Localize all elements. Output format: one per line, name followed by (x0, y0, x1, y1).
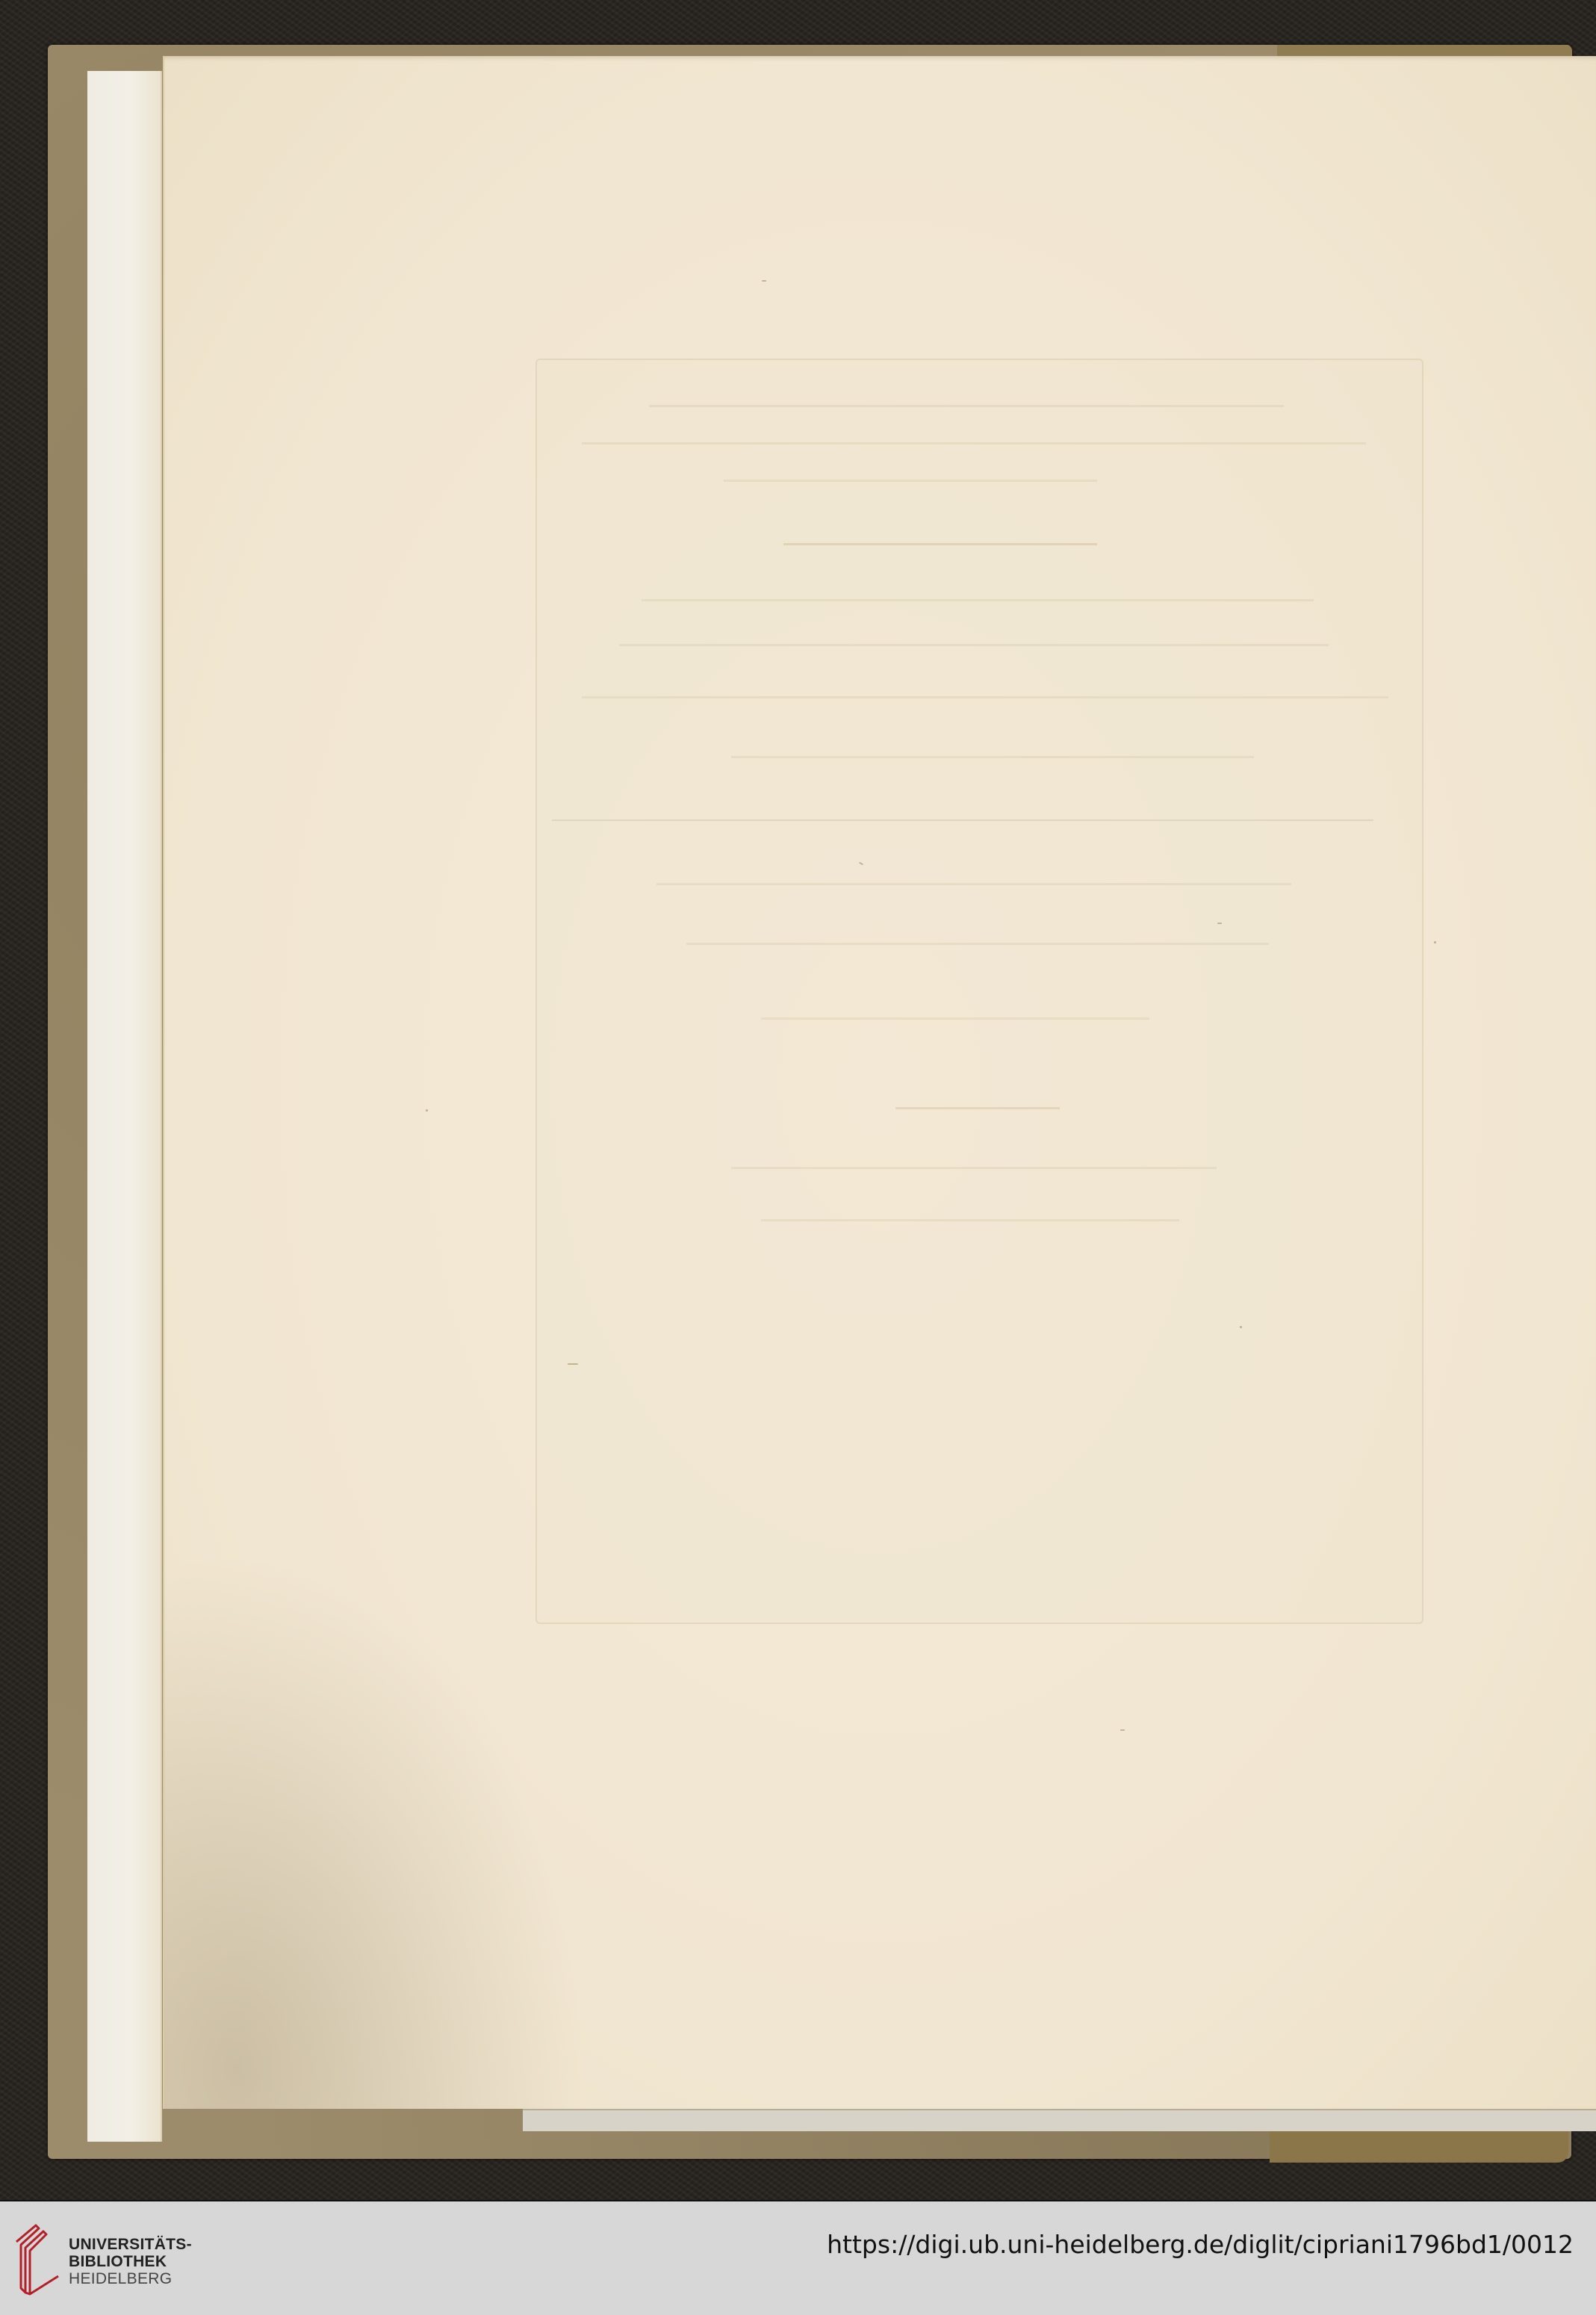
paper-fleck (1120, 1729, 1125, 1731)
ghost-text-line (552, 819, 1373, 821)
paper-fleck (1240, 1326, 1242, 1328)
ghost-text-line (731, 756, 1254, 758)
paper-fleck (1434, 941, 1436, 943)
underlying-leaf-edge (523, 2109, 1596, 2131)
plate-mark (535, 359, 1423, 1624)
guard-strip (87, 71, 162, 2142)
paper-fleck (1217, 923, 1222, 924)
ghost-text-line (642, 599, 1314, 601)
ghost-text-line (731, 1167, 1217, 1169)
paper-fleck (762, 280, 766, 282)
ghost-text-line (656, 883, 1291, 885)
scan-background (0, 0, 1596, 2200)
paper-fleck (568, 1363, 578, 1365)
ghost-text-line (724, 480, 1097, 482)
ub-heidelberg-logo-icon (13, 2219, 60, 2302)
book-board-bottom-edge (1270, 2129, 1568, 2163)
library-name-line2: BIBLIOTHEK (69, 2253, 192, 2270)
footer-bar: UNIVERSITÄTS- BIBLIOTHEK HEIDELBERG http… (0, 2200, 1596, 2315)
ghost-text-line (619, 644, 1329, 646)
library-name-line3: HEIDELBERG (69, 2270, 192, 2287)
ghost-rule (783, 543, 1097, 545)
ghost-text-line (761, 1017, 1149, 1020)
ghost-text-line (686, 943, 1269, 945)
library-name: UNIVERSITÄTS- BIBLIOTHEK HEIDELBERG (69, 2236, 192, 2287)
ghost-text-line (582, 442, 1366, 444)
document-page (163, 56, 1596, 2109)
ghost-text-line (761, 1219, 1179, 1221)
ghost-rule (895, 1107, 1060, 1109)
ghost-text-line (582, 696, 1388, 698)
ghost-text-line (649, 405, 1284, 407)
library-name-line1: UNIVERSITÄTS- (69, 2236, 192, 2253)
paper-fleck (426, 1109, 428, 1112)
permalink-url[interactable]: https://digi.ub.uni-heidelberg.de/diglit… (827, 2230, 1574, 2259)
